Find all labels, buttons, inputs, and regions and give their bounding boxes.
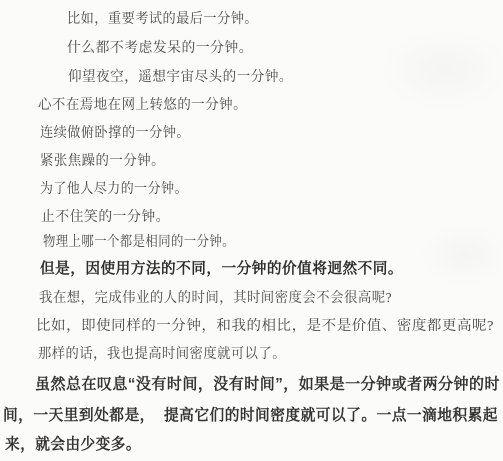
text-line-10: 但是，因使用方法的不同，一分钟的价值将迥然不同。 (40, 261, 403, 278)
text-line-16: 来，就会由少变多。 (5, 436, 141, 453)
text-line-6: 紧张焦躁的一分钟。 (40, 154, 165, 170)
text-line-9: 物理上哪一个都是相同的一分钟。 (43, 235, 235, 251)
text-line-2: 什么都不考虑发呆的一分钟。 (67, 41, 253, 57)
text-line-4: 心不在焉地在网上转悠的一分钟。 (38, 98, 247, 114)
text-line-7: 为了他人尽力的一分钟。 (40, 182, 188, 198)
scan-artifact (420, 225, 503, 285)
document-page: 比如，重要考试的最后一分钟。什么都不考虑发呆的一分钟。仰望夜空，遥想宇宙尽头的一… (0, 0, 503, 461)
text-line-14: 虽然总在叹息“没有时间，没有时间”，如果是一分钟或者两分钟的时 (35, 376, 500, 393)
text-line-12: 比如，即使同样的一分钟，和我的相比，是不是价值、密度都更高呢? (36, 319, 494, 335)
text-line-3: 仰望夜空，遥想宇宙尽头的一分钟。 (68, 70, 293, 86)
text-line-8: 止不住笑的一分钟。 (41, 210, 170, 226)
text-line-13: 那样的话，我也提高时间密度就可以了。 (38, 347, 286, 363)
text-line-5: 连续做俯卧撑的一分钟。 (40, 126, 190, 142)
text-line-15: 间，一天里到处都是， 提高它们的时间密度就可以了。一点一滴地积累起 (3, 407, 498, 424)
scan-artifact (380, 30, 503, 110)
text-line-1: 比如，重要考试的最后一分钟。 (67, 12, 258, 28)
text-line-11: 我在想，完成伟业的人的时间，其时间密度会不会很高呢? (39, 291, 392, 307)
